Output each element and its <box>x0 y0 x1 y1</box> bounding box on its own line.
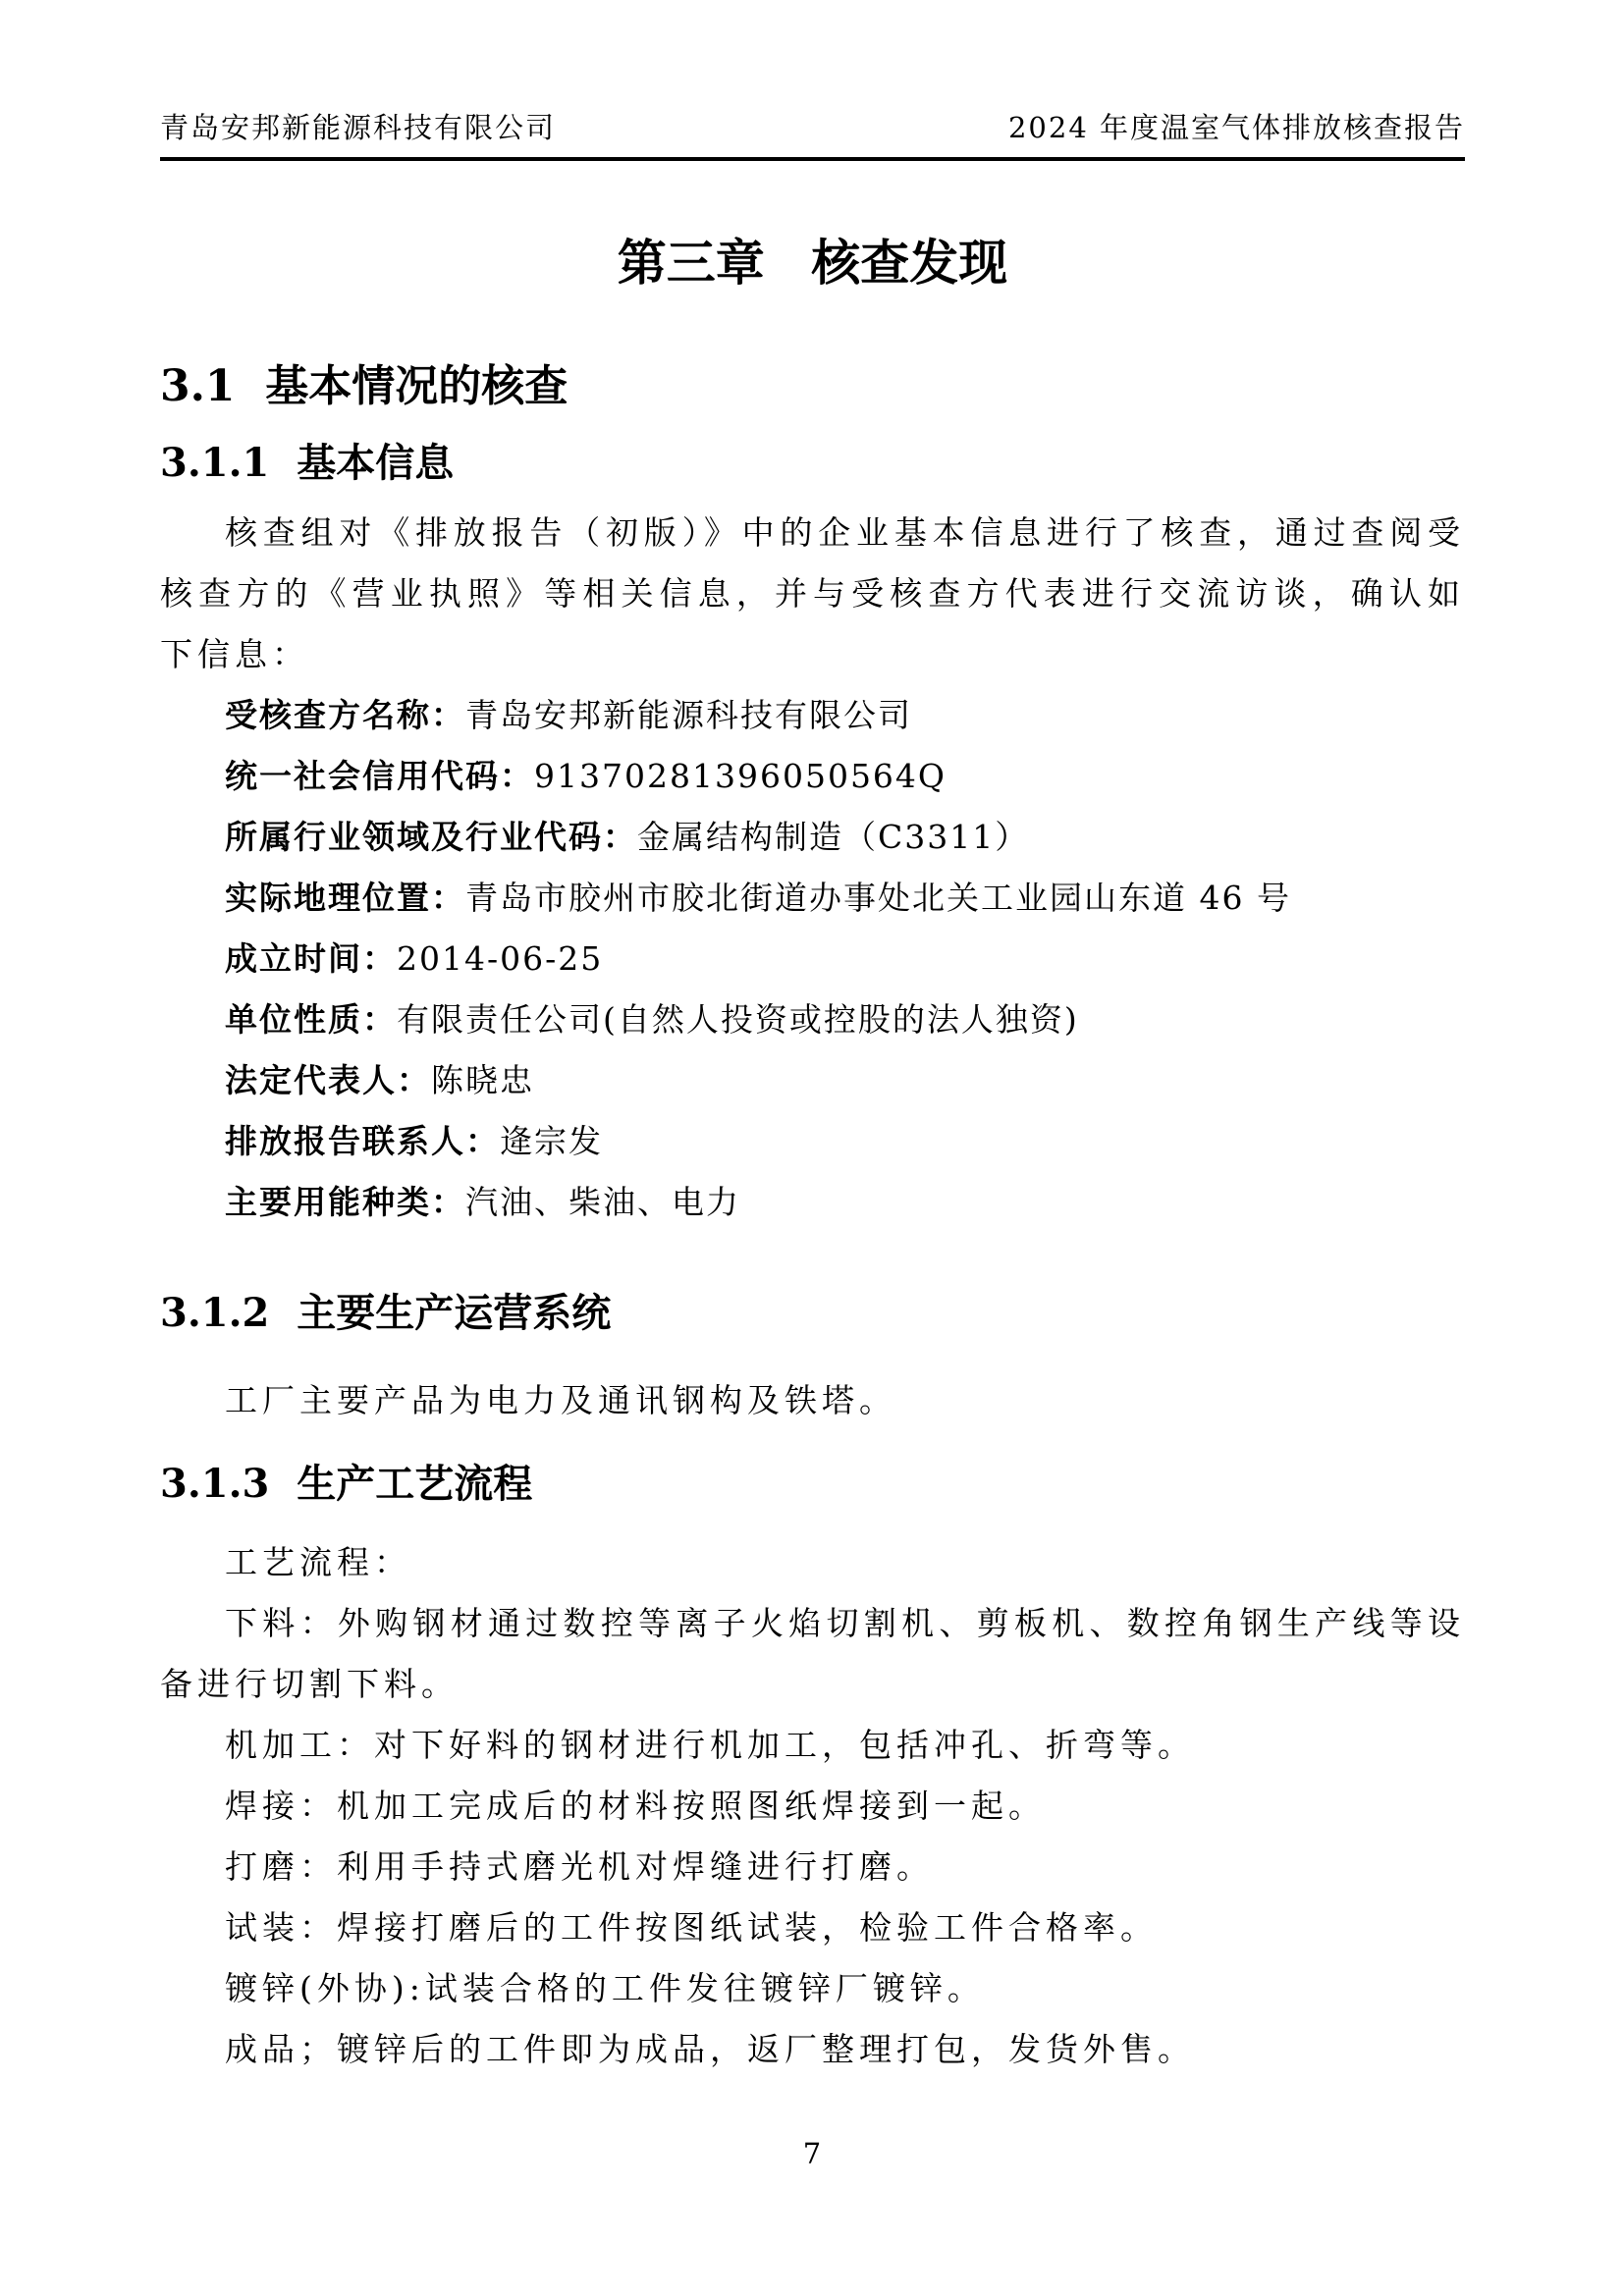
document-page: 青岛安邦新能源科技有限公司 2024 年度温室气体排放核查报告 第三章 核查发现… <box>0 0 1624 2296</box>
section-3-1-title: 3.1 基本情况的核查 <box>160 361 1465 412</box>
process-step-trial-assembly: 试装：焊接打磨后的工件按图纸试装，检验工件合格率。 <box>160 1897 1465 1958</box>
chapter-title: 第三章 核查发现 <box>160 234 1465 293</box>
info-item-entity-type: 单位性质：有限责任公司(自然人投资或控股的法人独资) <box>160 989 1465 1050</box>
info-item-label: 单位性质： <box>225 1000 397 1039</box>
section-3-1-3-title: 3.1.3 生产工艺流程 <box>160 1461 1465 1508</box>
info-item-label: 实际地理位置： <box>225 879 465 917</box>
header-company-name: 青岛安邦新能源科技有限公司 <box>160 110 556 145</box>
info-item-label: 法定代表人： <box>225 1061 431 1099</box>
process-step-welding: 焊接：机加工完成后的材料按照图纸焊接到一起。 <box>160 1776 1465 1837</box>
info-item-industry-code: 所属行业领域及行业代码：金属结构制造（C3311） <box>160 807 1465 868</box>
section-3-1-2-title: 3.1.2 主要生产运营系统 <box>160 1290 1465 1337</box>
info-item-founding-date: 成立时间：2014-06-25 <box>160 929 1465 989</box>
info-item-label: 排放报告联系人： <box>225 1122 500 1160</box>
info-item-credit-code: 统一社会信用代码：91370281396050564Q <box>160 746 1465 807</box>
info-item-energy-types: 主要用能种类：汽油、柴油、电力 <box>160 1172 1465 1233</box>
process-step-cutting: 下料：外购钢材通过数控等离子火焰切割机、剪板机、数控角钢生产线等设备进行切割下料… <box>160 1593 1465 1715</box>
info-item-company-name: 受核查方名称：青岛安邦新能源科技有限公司 <box>160 685 1465 746</box>
info-item-legal-representative: 法定代表人：陈晓忠 <box>160 1050 1465 1111</box>
info-item-value: 青岛安邦新能源科技有限公司 <box>465 696 912 734</box>
info-item-value: 青岛市胶州市胶北街道办事处北关工业园山东道 46 号 <box>465 879 1291 917</box>
info-item-label: 主要用能种类： <box>225 1183 465 1221</box>
section-3-1-1-title: 3.1.1 基本信息 <box>160 440 1465 487</box>
info-item-value: 有限责任公司(自然人投资或控股的法人独资) <box>397 1000 1079 1039</box>
process-step-galvanizing: 镀锌(外协):试装合格的工件发往镀锌厂镀锌。 <box>160 1958 1465 2019</box>
intro-paragraph: 核查组对《排放报告（初版）》中的企业基本信息进行了核查，通过查阅受核查方的《营业… <box>160 503 1465 685</box>
info-item-label: 成立时间： <box>225 939 397 978</box>
info-item-value: 金属结构制造（C3311） <box>637 818 1029 856</box>
page-number: 7 <box>803 2137 821 2170</box>
info-item-label: 所属行业领域及行业代码： <box>225 818 637 856</box>
info-item-value: 91370281396050564Q <box>534 757 947 795</box>
header-report-title: 2024 年度温室气体排放核查报告 <box>1008 110 1465 145</box>
info-item-value: 陈晓忠 <box>431 1061 534 1099</box>
page-header: 青岛安邦新能源科技有限公司 2024 年度温室气体排放核查报告 <box>160 110 1465 161</box>
process-step-machining: 机加工：对下好料的钢材进行机加工，包括冲孔、折弯等。 <box>160 1715 1465 1776</box>
process-step-overview: 工艺流程： <box>160 1532 1465 1593</box>
info-item-location: 实际地理位置：青岛市胶州市胶北街道办事处北关工业园山东道 46 号 <box>160 868 1465 929</box>
info-item-value: 逄宗发 <box>500 1122 603 1160</box>
info-item-report-contact: 排放报告联系人：逄宗发 <box>160 1111 1465 1172</box>
info-item-value: 汽油、柴油、电力 <box>465 1183 740 1221</box>
info-list: 受核查方名称：青岛安邦新能源科技有限公司 统一社会信用代码：9137028139… <box>160 685 1465 1233</box>
info-item-label: 受核查方名称： <box>225 696 465 734</box>
page-footer: 7 <box>0 2136 1624 2171</box>
process-step-grinding: 打磨：利用手持式磨光机对焊缝进行打磨。 <box>160 1837 1465 1897</box>
info-item-label: 统一社会信用代码： <box>225 757 534 795</box>
process-step-finished-product: 成品；镀锌后的工件即为成品，返厂整理打包，发货外售。 <box>160 2019 1465 2080</box>
info-item-value: 2014-06-25 <box>397 939 603 978</box>
section-3-1-2-paragraph: 工厂主要产品为电力及通讯钢构及铁塔。 <box>160 1370 1465 1431</box>
